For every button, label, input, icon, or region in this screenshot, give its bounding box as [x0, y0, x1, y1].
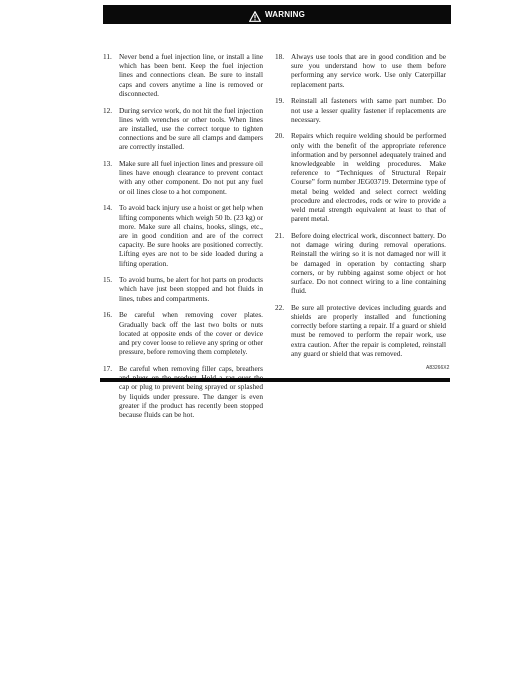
item-number: 20. [275, 131, 291, 223]
item-number: 21. [275, 231, 291, 295]
item-text: To avoid burns, be alert for hot parts o… [119, 275, 263, 303]
warning-item-16: 16. Be careful when removing cover plate… [103, 310, 263, 356]
item-text: Always use tools that are in good condit… [291, 52, 446, 89]
item-number: 14. [103, 203, 119, 267]
item-text: Never bend a fuel injection line, or ins… [119, 52, 263, 98]
warning-item-11: 11. Never bend a fuel injection line, or… [103, 52, 263, 98]
bottom-rule-divider [100, 378, 450, 382]
item-text: Be careful when removing filler caps, br… [119, 364, 263, 419]
warning-item-17: 17. Be careful when removing filler caps… [103, 364, 263, 419]
figure-label: A83266X2 [426, 365, 449, 371]
item-number: 13. [103, 159, 119, 196]
item-text: To avoid back injury use a hoist or get … [119, 203, 263, 267]
item-number: 19. [275, 96, 291, 124]
warning-item-15: 15. To avoid burns, be alert for hot par… [103, 275, 263, 303]
item-number: 18. [275, 52, 291, 89]
warning-item-19: 19. Reinstall all fasteners with same pa… [275, 96, 446, 124]
item-text: Make sure all fuel injection lines and p… [119, 159, 263, 196]
item-text: Be careful when removing cover plates. G… [119, 310, 263, 356]
item-text: Reinstall all fasteners with same part n… [291, 96, 446, 124]
warning-item-13: 13. Make sure all fuel injection lines a… [103, 159, 263, 196]
warning-triangle-icon [249, 9, 261, 20]
item-text: Repairs which require welding should be … [291, 131, 446, 223]
item-number: 16. [103, 310, 119, 356]
warning-item-21: 21. Before doing electrical work, discon… [275, 231, 446, 295]
warning-title: WARNING [265, 10, 305, 19]
item-number: 15. [103, 275, 119, 303]
item-number: 11. [103, 52, 119, 98]
item-number: 12. [103, 106, 119, 152]
warning-item-14: 14. To avoid back injury use a hoist or … [103, 203, 263, 267]
right-column: 18. Always use tools that are in good co… [275, 52, 446, 366]
warning-banner: WARNING [103, 5, 451, 24]
item-text: Before doing electrical work, disconnect… [291, 231, 446, 295]
item-number: 22. [275, 303, 291, 358]
left-column: 11. Never bend a fuel injection line, or… [103, 52, 263, 427]
warning-item-18: 18. Always use tools that are in good co… [275, 52, 446, 89]
warning-item-22: 22. Be sure all protective devices inclu… [275, 303, 446, 358]
item-number: 17. [103, 364, 119, 419]
item-text: Be sure all protective devices including… [291, 303, 446, 358]
item-text: During service work, do not hit the fuel… [119, 106, 263, 152]
warning-item-12: 12. During service work, do not hit the … [103, 106, 263, 152]
warning-item-20: 20. Repairs which require welding should… [275, 131, 446, 223]
